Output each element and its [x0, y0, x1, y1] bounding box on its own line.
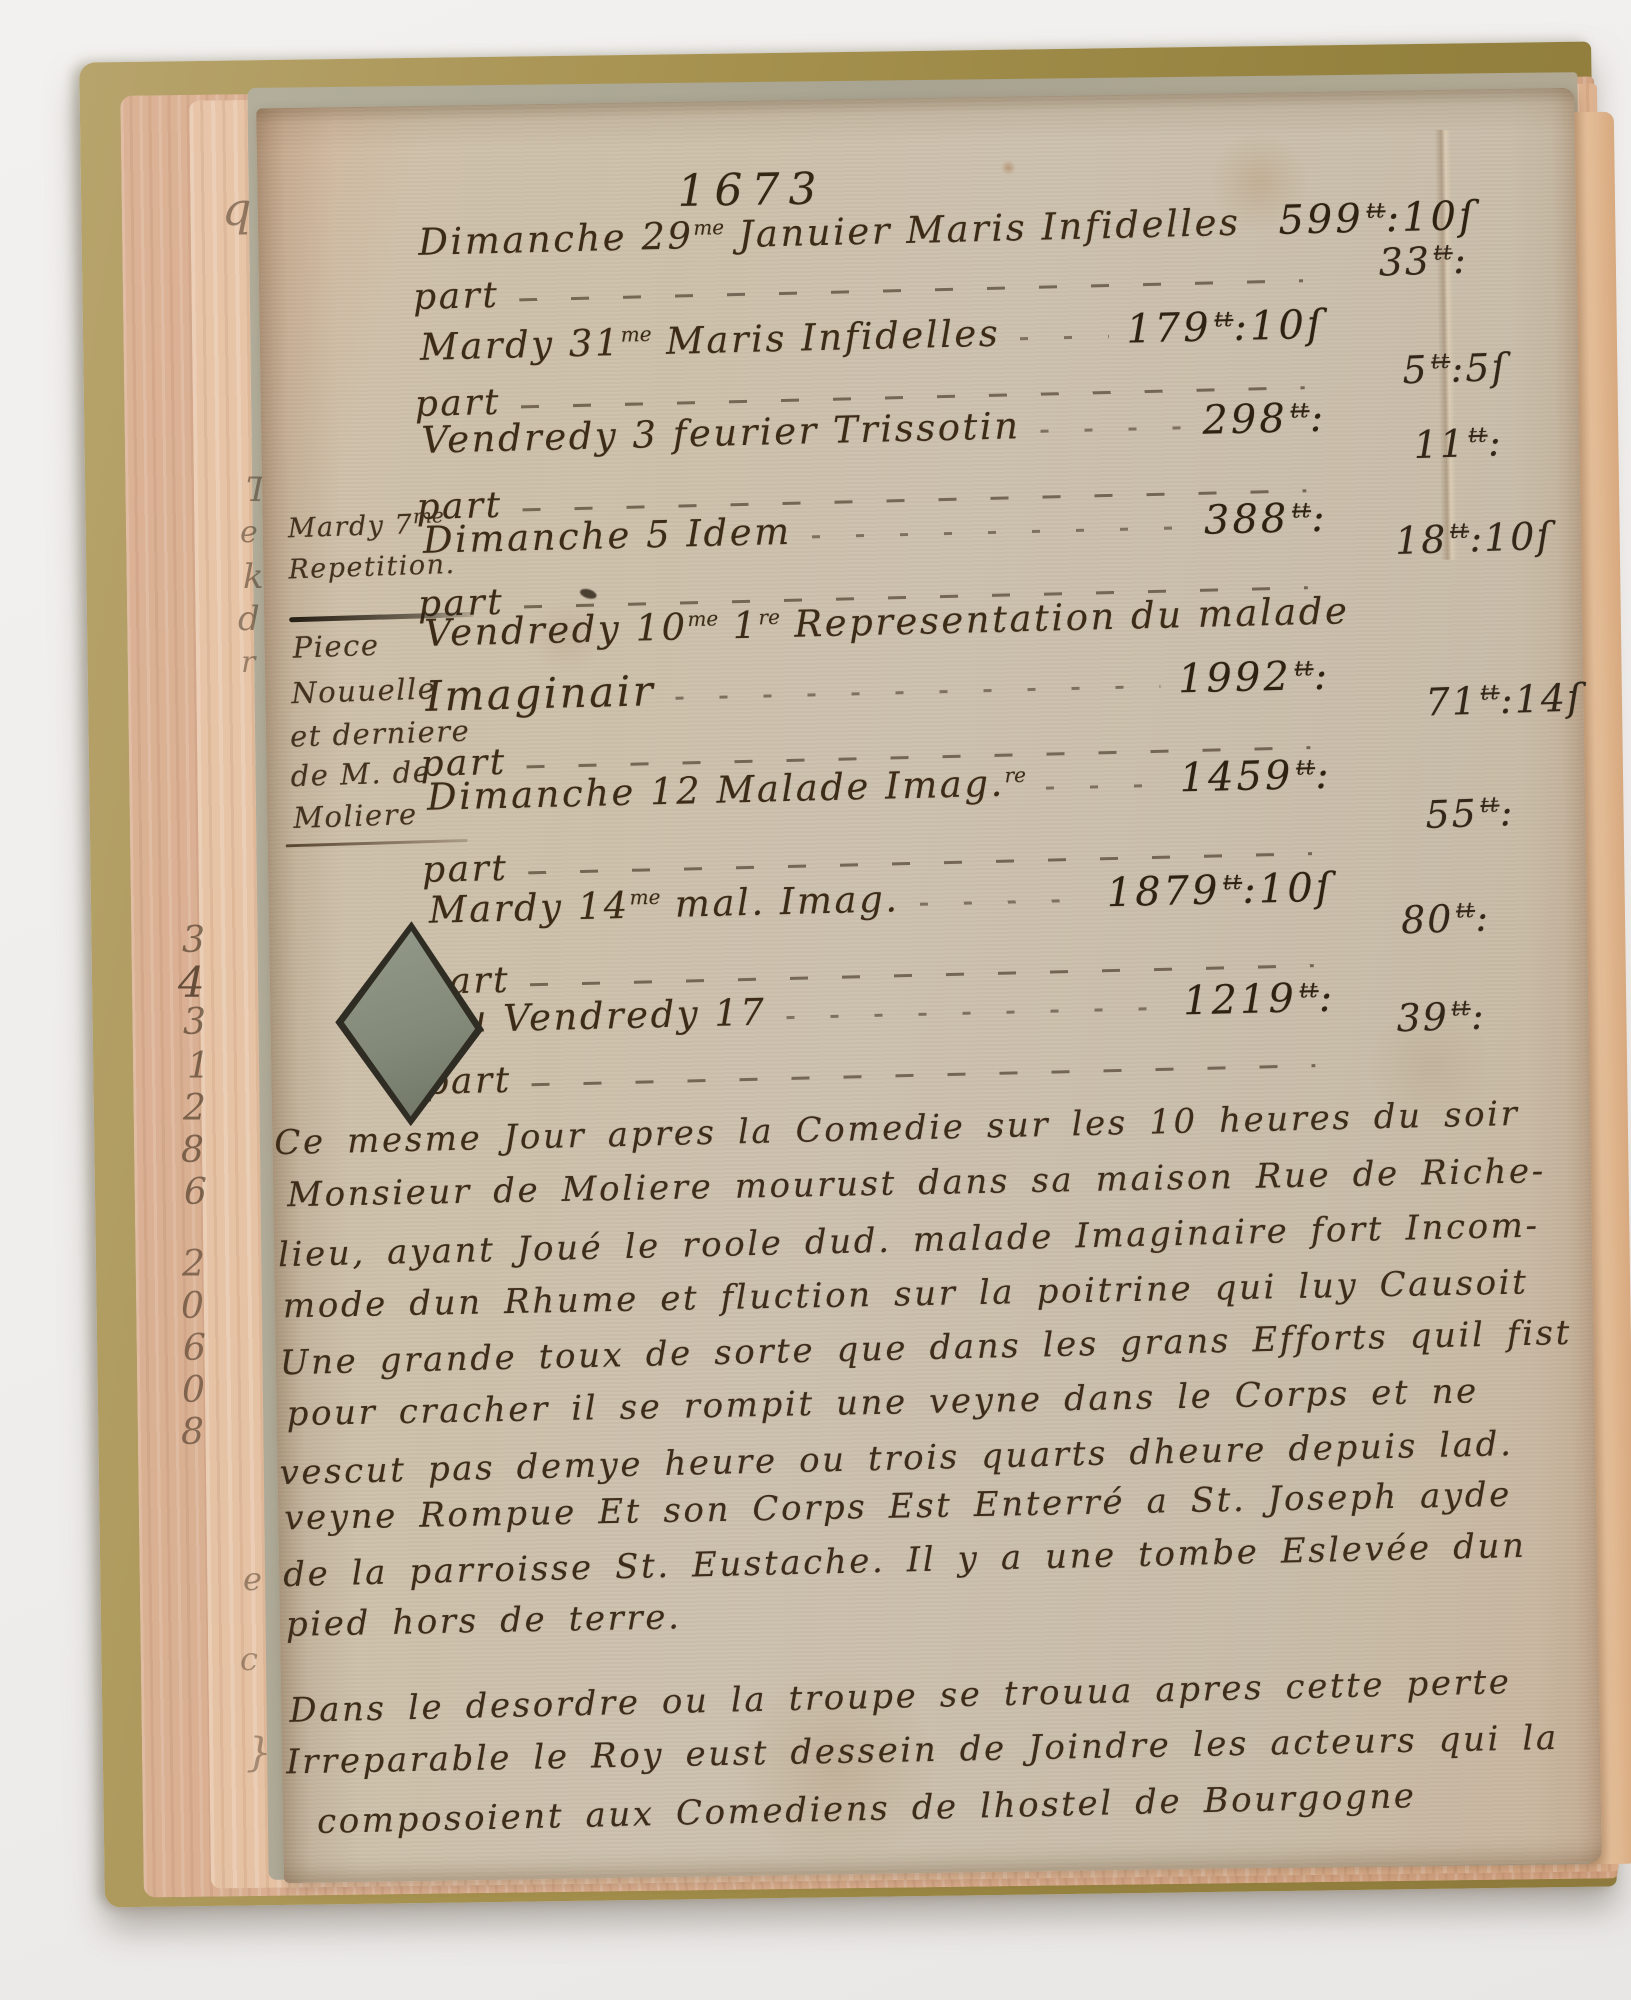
receipt-amount: 599tt:10ſ [1278, 193, 1478, 244]
part-row: part [425, 1040, 1334, 1103]
amount-livres: 599 [1278, 196, 1364, 244]
margin-note-piece: de M. de [290, 755, 432, 794]
amount-sous: : [1470, 993, 1486, 1037]
amount-sous: :10ſ [1469, 514, 1554, 561]
amount-sous: :10ſ [1233, 302, 1325, 350]
part-amount: 71tt:14ſ [1425, 675, 1584, 724]
margin-note-piece: Piece [292, 628, 380, 665]
amount-sous: : [1499, 790, 1515, 834]
amount-livres: 55 [1425, 791, 1479, 837]
entry-day-text: Dimanche 29me Januier Maris Infidelles [418, 201, 1241, 264]
amount-livres: 11 [1413, 421, 1467, 467]
livre-symbol: tt [1290, 398, 1309, 422]
livre-symbol: tt [1450, 519, 1470, 544]
title-text: mal. Imag. [660, 877, 900, 926]
ordinal-superscript: me [693, 215, 724, 240]
amount-sous: :10ſ [1242, 865, 1334, 913]
part-amount: 39tt: [1396, 993, 1486, 1040]
ghost-char: d [238, 599, 260, 639]
part-amount: 33tt: [1378, 238, 1468, 285]
receipt-amount: 1459tt: [1179, 752, 1332, 802]
paragraph-line: pour cracher il se rompit une veyne dans… [286, 1371, 1479, 1434]
ghost-char: k [243, 557, 264, 597]
ordinal-superscript: me [629, 885, 660, 910]
margin-note-repetition: Mardy 7me [287, 503, 444, 544]
livre-symbol: tt [1214, 307, 1233, 331]
livre-symbol: tt [1294, 656, 1313, 680]
amount-livres: 39 [1396, 995, 1450, 1041]
ordinal-superscript: me [687, 606, 718, 631]
entry-day-text: Mardy 14me mal. Imag. [428, 877, 900, 931]
paragraph-line: composoient aux Comediens de lhostel de … [317, 1776, 1417, 1842]
receipt-amount: 179tt:10ſ [1126, 302, 1326, 353]
amount-sous: :10ſ [1385, 193, 1477, 241]
paragraph-line: Monsieur de Moliere mourust dans sa mais… [287, 1151, 1546, 1215]
receipt-amount: 1219tt: [1183, 975, 1336, 1025]
amount-livres: 1879 [1106, 867, 1221, 916]
receipt-amount: 388tt: [1203, 495, 1328, 544]
margin-note-piece: Nouuelle [291, 671, 437, 710]
amount-sous: : [1475, 895, 1491, 939]
margin-note-piece: Moliere [293, 797, 418, 835]
livre-symbol: tt [1451, 996, 1471, 1021]
livre-symbol: tt [1468, 423, 1488, 448]
ghost-char: e [240, 515, 258, 550]
amount-sous: :14ſ [1499, 675, 1584, 722]
livre-symbol: tt [1223, 870, 1242, 894]
livre-symbol: tt [1433, 241, 1453, 266]
title-text: Januier Maris Infidelles [724, 201, 1241, 257]
dot-leader [1020, 327, 1108, 345]
manuscript-photo: { "palette":{"paper":"#ccc1ae","ink":"#3… [0, 0, 1631, 2000]
day-text: Dimanche 5 Idem [422, 510, 792, 562]
dash-leader [519, 271, 1303, 306]
amount-livres: 33 [1378, 239, 1432, 285]
receipt-amount: 1992tt: [1177, 653, 1330, 703]
title-text: Maris Infidelles [651, 312, 1001, 364]
amount-livres: 18 [1394, 517, 1448, 563]
ghost-char: } [246, 1730, 271, 1776]
paragraph-line: de la parroisse St. Eustache. Il y a une… [283, 1526, 1527, 1595]
ghost-char: 4 [178, 958, 205, 1007]
dot-leader [1040, 418, 1184, 438]
amount-sous: : [1311, 495, 1329, 541]
livre-symbol: tt [1292, 498, 1311, 522]
livre-symbol: tt [1366, 198, 1385, 222]
amount-livres: 80 [1400, 897, 1454, 943]
livre-symbol: tt [1431, 349, 1451, 374]
receipt-amount: 1879tt:10ſ [1106, 865, 1334, 917]
amount-livres: 179 [1126, 305, 1212, 353]
amount-sous: : [1452, 238, 1468, 282]
dot-leader [1046, 776, 1162, 795]
ghost-char: 8 [181, 1412, 204, 1453]
amount-sous: : [1315, 752, 1333, 798]
part-amount: 11tt: [1413, 420, 1503, 467]
ghost-char: 0 [181, 1286, 204, 1327]
amount-sous: : [1318, 975, 1336, 1021]
ordinal-superscript: me [620, 322, 651, 347]
paragraph-line: mode dun Rhume et fluction sur la poitri… [283, 1262, 1529, 1326]
manuscript-page: 1673 Dimanche 29me Januier Maris Infidel… [256, 88, 1602, 1883]
ghost-char: e [243, 1560, 262, 1598]
ordinal-superscript: re [758, 605, 780, 630]
amount-livres: 1992 [1177, 654, 1292, 703]
ghost-char: 6 [183, 1328, 206, 1369]
paragraph-line: pied hors de terre. [286, 1597, 682, 1645]
livre-symbol: tt [1480, 680, 1500, 705]
amount-sous: : [1309, 395, 1327, 441]
entry-row: Dimanche 29me Januier Maris Infidelles 5… [418, 197, 1324, 265]
entry-day-text: Mardy 31me Maris Infidelles [419, 312, 1000, 369]
amount-sous: : [1313, 653, 1331, 699]
dot-leader [812, 518, 1187, 543]
amount-sous: :5ſ [1450, 345, 1508, 391]
margin-stroke-bottom [286, 839, 468, 847]
ghost-char: r [241, 645, 255, 680]
dot-leader [919, 891, 1089, 911]
ghost-char: q [222, 182, 251, 236]
ghost-char: 0 [182, 1370, 205, 1411]
margin-note-text: Mardy 7 [287, 509, 413, 544]
day-text: Mardy 31 [419, 321, 621, 369]
part-amount: 5tt:5ſ [1402, 345, 1509, 392]
part-amount: 18tt:10ſ [1394, 514, 1553, 563]
ghost-char: 8 [181, 1130, 204, 1171]
livre-symbol: tt [1299, 978, 1318, 1002]
part-amount: 80tt: [1400, 895, 1490, 942]
amount-sous: : [1487, 420, 1503, 464]
dot-leader [786, 999, 1165, 1024]
ghost-char: 6 [184, 1172, 207, 1213]
title-text: Imaginair [425, 666, 656, 721]
dot-leader [675, 677, 1160, 705]
amount-livres: 1219 [1183, 976, 1298, 1025]
entry-day-text: Dimanche 5 Idem [422, 510, 792, 562]
ghost-char: 2 [183, 1088, 206, 1129]
paragraph-line: Irreparable le Roy eust dessein de Joind… [286, 1718, 1559, 1782]
amount-livres: 71 [1425, 679, 1479, 725]
livre-symbol: tt [1480, 793, 1500, 818]
dash-leader [532, 1056, 1316, 1091]
livre-symbol: tt [1456, 898, 1476, 923]
livre-symbol: tt [1296, 755, 1315, 779]
day-text: 1 [718, 604, 759, 648]
day-text: Dimanche 29 [418, 214, 694, 264]
amount-livres: 388 [1203, 496, 1289, 544]
paragraph-line: Dans le desordre ou la troupe se trouua … [289, 1662, 1512, 1731]
amount-livres: 298 [1202, 396, 1288, 444]
ghost-char: 1 [187, 1046, 210, 1087]
receipt-amount: 298tt: [1202, 395, 1327, 444]
paragraph-line: lieu, ayant Joué le roole dud. malade Im… [278, 1205, 1540, 1275]
ghost-char: 2 [182, 1244, 205, 1285]
day-text: Vendredy 10 [424, 605, 688, 654]
ghost-char: c [240, 1640, 258, 1678]
amount-livres: 5 [1402, 348, 1430, 393]
ghost-char: 3 [183, 1002, 206, 1043]
part-label: part [413, 275, 500, 318]
entry-row: Imaginair 1992tt: [425, 650, 1331, 721]
amount-livres: 1459 [1179, 753, 1294, 802]
ordinal-superscript: re [1004, 763, 1026, 788]
part-amount: 55tt: [1425, 790, 1515, 837]
diamond-fill [335, 926, 485, 1122]
ink-diamond [329, 920, 491, 1128]
ghost-char: 3 [182, 920, 205, 961]
